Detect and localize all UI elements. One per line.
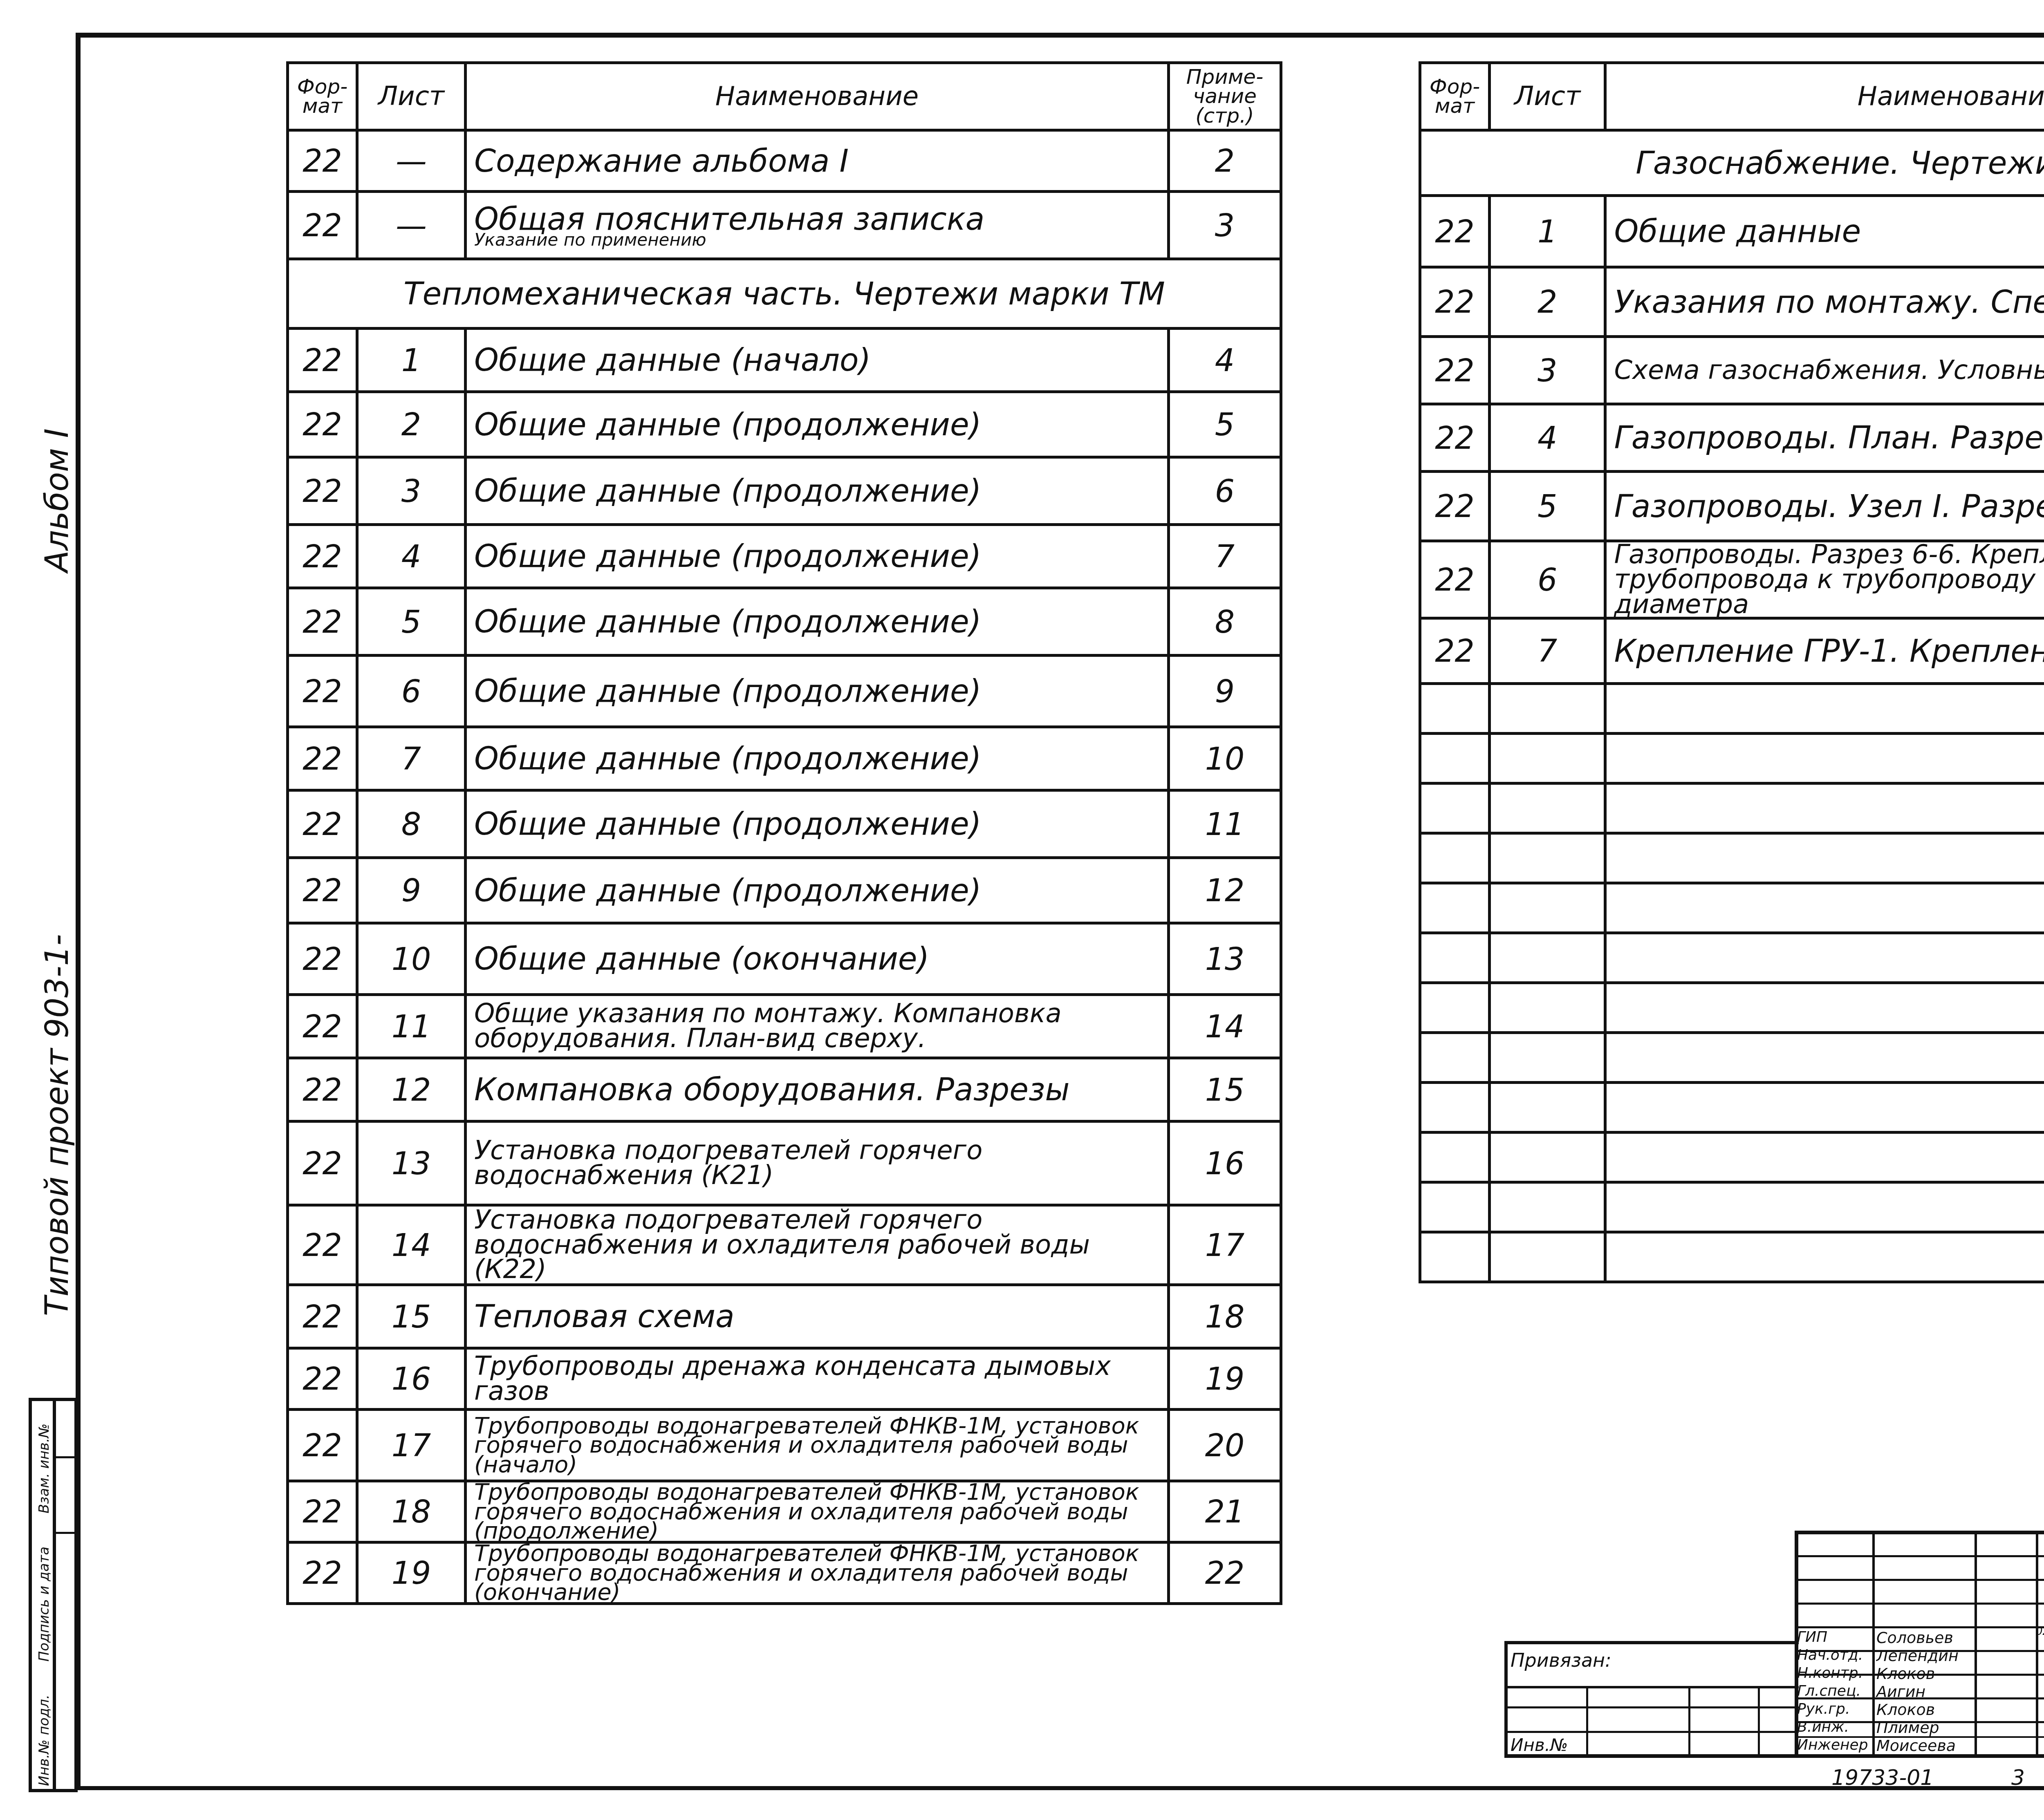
cell-sheet: 6 [1490,541,1605,618]
archive-number: 19733-01 [1831,1766,1934,1790]
approval-date: 02.84 [2036,1625,2044,1638]
cell-note: 19 [1169,1348,1281,1410]
empty-cell [1420,1232,1490,1282]
signature-name: Клоков [1876,1701,1935,1719]
empty-cell [1490,734,1605,784]
empty-cell [1490,983,1605,1033]
cell-name: Общие данные [1605,196,2044,267]
empty-cell [1605,883,2044,933]
empty-cell [1420,933,1490,983]
cell-sheet: 5 [357,588,466,656]
empty-cell [1420,833,1490,883]
cell-name: Общие данные (продолжение) [466,727,1169,790]
section-title: Газоснабжение. Чертежи марки ГС [1420,130,2044,196]
empty-cell [1420,1133,1490,1182]
cell-name: Трубопроводы дренажа конденсата дымовых … [466,1348,1169,1410]
title-block: ТП 903-1-213.84 Котельная с 4 котлами „Ф… [1504,1531,2044,1757]
cell-format: 22 [288,457,357,525]
cell-note: 13 [1169,923,1281,995]
cell-name: Компановка оборудования. Разрезы [466,1058,1169,1122]
table-row: 228Общие данные (продолжение)11 [288,790,1281,858]
cell-name: Общая пояснительная запискаУказание по п… [466,192,1169,259]
table-row: 221Общие данные (начало)4 [288,329,1281,392]
cell-sheet: 15 [357,1285,466,1348]
signature-role: ГИП [1797,1629,1827,1645]
cell-name: Общие данные (продолжение) [466,790,1169,858]
stamp-cell-original-inv [54,1532,74,1534]
cell-sheet: 13 [357,1122,466,1205]
table-row: 223Общие данные (продолжение)6 [288,457,1281,525]
signature-name: Лепендин [1876,1647,1959,1665]
table-row: 2214Установка подогревателей горячего во… [288,1205,1281,1285]
table-row: 2216Трубопроводы дренажа конденсата дымо… [288,1348,1281,1410]
cell-format: 22 [1420,618,1490,684]
empty-cell [1490,684,1605,734]
section-row: Тепломеханическая часть. Чертежи марки Т… [288,259,1281,329]
cell-format: 22 [288,1122,357,1205]
cell-format: 22 [1420,196,1490,267]
cell-name: Тепловая схема [466,1285,1169,1348]
empty-cell [1420,1182,1490,1232]
cell-format: 22 [288,923,357,995]
signature-name: Соловьев [1876,1629,1953,1647]
cell-name: Общие данные (продолжение) [466,392,1169,457]
table-row: 2212Компановка оборудования. Разрезы15 [288,1058,1281,1122]
inventory-label: Инв.№ [1511,1735,1568,1755]
cell-sheet: 9 [357,858,466,923]
table-header-row: Фор- мат Лист Наименование Примеча- ние … [1420,63,2044,130]
cell-sheet: 4 [1490,404,1605,472]
empty-row [1420,983,2044,1033]
signature-name: Моисеева [1876,1737,1956,1755]
empty-cell [1605,1232,2044,1282]
header-sheet: Лист [357,63,466,130]
signature-role: Инженер [1797,1737,1868,1753]
cell-sheet: — [357,192,466,259]
section-title: Тепломеханическая часть. Чертежи марки Т… [288,259,1281,329]
table-header-row: Фор- мат Лист Наименование Приме- чание … [288,63,1281,130]
table-row: 2217Трубопроводы водонагревателей ФНКВ-1… [288,1410,1281,1481]
cell-format: 22 [288,1410,357,1481]
cell-sheet: 19 [357,1542,466,1604]
table-row: 224Общие данные (продолжение)7 [288,525,1281,588]
cell-format: 22 [1420,541,1490,618]
signature-name: Клоков [1876,1665,1935,1683]
cell-name: Трубопроводы водонагревателей ФНКВ-1М, у… [466,1481,1169,1542]
cell-note: 11 [1169,790,1281,858]
stamp-label-replace-inv: Взам. инв.№ [36,1424,52,1513]
header-format: Фор- мат [288,63,357,130]
cell-name: Указания по монтажу. Спецификация [1605,267,2044,337]
empty-cell [1490,933,1605,983]
cell-format: 22 [288,588,357,656]
contents-table-right: Фор- мат Лист Наименование Примеча- ние … [1419,61,2044,1283]
cell-name: Трубопроводы водонагревателей ФНКВ-1М, у… [466,1542,1169,1604]
empty-cell [1420,784,1490,833]
cell-format: 22 [288,1542,357,1604]
table-row: 2210Общие данные (окончание)13 [288,923,1281,995]
header-format: Фор- мат [1420,63,1490,130]
empty-cell [1420,1033,1490,1083]
cell-name: Общие указания по монтажу. Компановка об… [466,995,1169,1058]
table-row: 22—Содержание альбома I2 [288,130,1281,192]
empty-cell [1605,983,2044,1033]
cell-sheet: 4 [357,525,466,588]
page-number: 3 [2011,1766,2025,1790]
attached-label: Привязан: [1511,1649,1611,1671]
empty-cell [1490,1182,1605,1232]
empty-cell [1420,734,1490,784]
signature-role: Гл.спец. [1797,1683,1861,1699]
table-row: 22—Общая пояснительная запискаУказание п… [288,192,1281,259]
cell-name: Крепление ГРУ-1. Крепление ГРУ-2 [1605,618,2044,684]
cell-format: 22 [288,392,357,457]
signature-role: Рук.гр. [1797,1701,1850,1717]
cell-format: 22 [1420,267,1490,337]
empty-cell [1490,1083,1605,1133]
cell-note: 14 [1169,995,1281,1058]
cell-note: 5 [1169,392,1281,457]
cell-note: 4 [1169,329,1281,392]
cell-format: 22 [288,130,357,192]
table-body: Газоснабжение. Чертежи марки ГС221Общие … [1420,130,2044,1282]
cell-sheet: 1 [1490,196,1605,267]
header-name: Наименование [466,63,1169,130]
cell-name: Общие данные (продолжение) [466,525,1169,588]
cell-name: Общие данные (окончание) [466,923,1169,995]
cell-format: 22 [288,1348,357,1410]
signature-name: Аигин [1876,1683,1925,1701]
stamp-labels: Инв.№ подл. Подпись и дата Взам. инв.№ [36,1424,52,1786]
cell-sheet: 8 [357,790,466,858]
cell-format: 22 [288,1481,357,1542]
stamp-cell-signature [54,1456,74,1534]
cell-format: 22 [1420,472,1490,541]
table-row: 2213Установка подогревателей горячего во… [288,1122,1281,1205]
signature-role: В.инж. [1797,1719,1849,1735]
cell-format: 22 [1420,337,1490,404]
empty-row [1420,1133,2044,1182]
cell-sheet: 7 [1490,618,1605,684]
cell-note: 9 [1169,656,1281,727]
cell-sheet: 2 [357,392,466,457]
table-row: 227Крепление ГРУ-1. Крепление ГРУ-229 [1420,618,2044,684]
cell-note: 22 [1169,1542,1281,1604]
cell-format: 22 [288,995,357,1058]
stamp-label-original-inv: Инв.№ подл. [36,1695,52,1786]
empty-cell [1605,1083,2044,1133]
cell-format: 22 [288,525,357,588]
cell-sheet: 6 [357,656,466,727]
cell-sheet: 12 [357,1058,466,1122]
contents-table-left: Фор- мат Лист Наименование Приме- чание … [286,61,1282,1605]
cell-format: 22 [1420,404,1490,472]
table-row: 222Общие данные (продолжение)5 [288,392,1281,457]
cell-note: 10 [1169,727,1281,790]
cell-note: 18 [1169,1285,1281,1348]
table-row: 227Общие данные (продолжение)10 [288,727,1281,790]
cell-sheet: 11 [357,995,466,1058]
cell-note: 7 [1169,525,1281,588]
empty-cell [1605,1133,2044,1182]
cell-name: Газопроводы. Узел I. Разрезы 4-4; 5-5 [1605,472,2044,541]
empty-cell [1490,1232,1605,1282]
empty-cell [1420,883,1490,933]
empty-cell [1490,833,1605,883]
cell-sheet: 10 [357,923,466,995]
cell-sheet: 16 [357,1348,466,1410]
cell-sheet: 7 [357,727,466,790]
cell-sheet: 5 [1490,472,1605,541]
cell-note: 3 [1169,192,1281,259]
section-row: Газоснабжение. Чертежи марки ГС [1420,130,2044,196]
table-row: 224Газопроводы. План. Разрезы 1-1; 2-2; … [1420,404,2044,472]
table-row: 221Общие данные23 [1420,196,2044,267]
empty-cell [1605,833,2044,883]
cell-format: 22 [288,790,357,858]
stamp-cell-replace-inv [54,1401,74,1458]
cell-format: 22 [288,1285,357,1348]
cell-name: Трубопроводы водонагревателей ФНКВ-1М, у… [466,1410,1169,1481]
cell-format: 22 [288,1205,357,1285]
table-row: 2215Тепловая схема18 [288,1285,1281,1348]
cell-sheet: 17 [357,1410,466,1481]
cell-format: 22 [288,329,357,392]
cell-note: 16 [1169,1122,1281,1205]
cell-note: 15 [1169,1058,1281,1122]
empty-cell [1420,983,1490,1033]
cell-name: Газопроводы. План. Разрезы 1-1; 2-2; 3-3 [1605,404,2044,472]
table-row: 229Общие данные (продолжение)12 [288,858,1281,923]
cell-sheet: 2 [1490,267,1605,337]
cell-format: 22 [288,727,357,790]
cell-name: Общие данные (продолжение) [466,656,1169,727]
cell-format: 22 [288,1058,357,1122]
empty-row [1420,883,2044,933]
cell-name: Общие данные (начало) [466,329,1169,392]
header-sheet: Лист [1490,63,1605,130]
empty-row [1420,784,2044,833]
table-row: 222Указания по монтажу. Спецификация24 [1420,267,2044,337]
table-row: 226Общие данные (продолжение)9 [288,656,1281,727]
table-row: 2218Трубопроводы водонагревателей ФНКВ-1… [288,1481,1281,1542]
empty-row [1420,1232,2044,1282]
cell-format: 22 [288,192,357,259]
table-row: 226Газопроводы. Разрез 6-6. Крепление тр… [1420,541,2044,618]
empty-cell [1420,684,1490,734]
cell-sheet: 14 [357,1205,466,1285]
cell-name: Содержание альбома I [466,130,1169,192]
empty-row [1420,1182,2044,1232]
cell-name-subtitle: Указание по применению [474,233,1160,247]
cell-sheet: — [357,130,466,192]
empty-row [1420,833,2044,883]
empty-cell [1490,1133,1605,1182]
project-vertical-label: Типовой проект 903-1- [39,934,76,1316]
table-row: 2219Трубопроводы водонагревателей ФНКВ-1… [288,1542,1281,1604]
cell-name: Общие данные (продолжение) [466,588,1169,656]
cell-note: 21 [1169,1481,1281,1542]
table-row: 223Схема газоснабжения. Условные обознач… [1420,337,2044,404]
cell-sheet: 3 [357,457,466,525]
empty-cell [1605,784,2044,833]
signature-role: Нач.отд. [1797,1647,1863,1663]
signature-name: Плимер [1876,1719,1939,1737]
cell-note: 8 [1169,588,1281,656]
cell-note: 20 [1169,1410,1281,1481]
table-row: 2211Общие указания по монтажу. Компановк… [288,995,1281,1058]
cell-name: Установка подогревателей горячего водосн… [466,1205,1169,1285]
empty-cell [1490,1033,1605,1083]
cell-format: 22 [288,656,357,727]
empty-cell [1605,1033,2044,1083]
empty-cell [1490,883,1605,933]
header-note: Приме- чание (стр.) [1169,63,1281,130]
cell-name: Газопроводы. Разрез 6-6. Крепление трубо… [1605,541,2044,618]
cell-format: 22 [288,858,357,923]
cell-sheet: 1 [357,329,466,392]
cell-note: 6 [1169,457,1281,525]
cell-name: Установка подогревателей горячего водосн… [466,1122,1169,1205]
cell-name: Схема газоснабжения. Условные обозначени… [1605,337,2044,404]
cell-name: Общие данные (продолжение) [466,858,1169,923]
table-row: 225Общие данные (продолжение)8 [288,588,1281,656]
cell-note: 17 [1169,1205,1281,1285]
empty-row [1420,1033,2044,1083]
empty-row [1420,734,2044,784]
empty-row [1420,684,2044,734]
cell-sheet: 18 [357,1481,466,1542]
signature-role: Н.контр. [1797,1665,1863,1681]
empty-row [1420,933,2044,983]
cell-sheet: 3 [1490,337,1605,404]
table-row: 225Газопроводы. Узел I. Разрезы 4-4; 5-5… [1420,472,2044,541]
header-name: Наименование [1605,63,2044,130]
empty-cell [1605,1182,2044,1232]
table-body: 22—Содержание альбома I222—Общая пояснит… [288,130,1281,1604]
empty-cell [1605,684,2044,734]
empty-cell [1420,1083,1490,1133]
cell-note: 2 [1169,130,1281,192]
stamp-label-signature: Подпись и дата [36,1547,52,1662]
empty-row [1420,1083,2044,1133]
empty-cell [1605,933,2044,983]
empty-cell [1490,784,1605,833]
album-vertical-label: Альбом I [39,428,76,572]
cell-name: Общие данные (продолжение) [466,457,1169,525]
empty-cell [1605,734,2044,784]
cell-note: 12 [1169,858,1281,923]
